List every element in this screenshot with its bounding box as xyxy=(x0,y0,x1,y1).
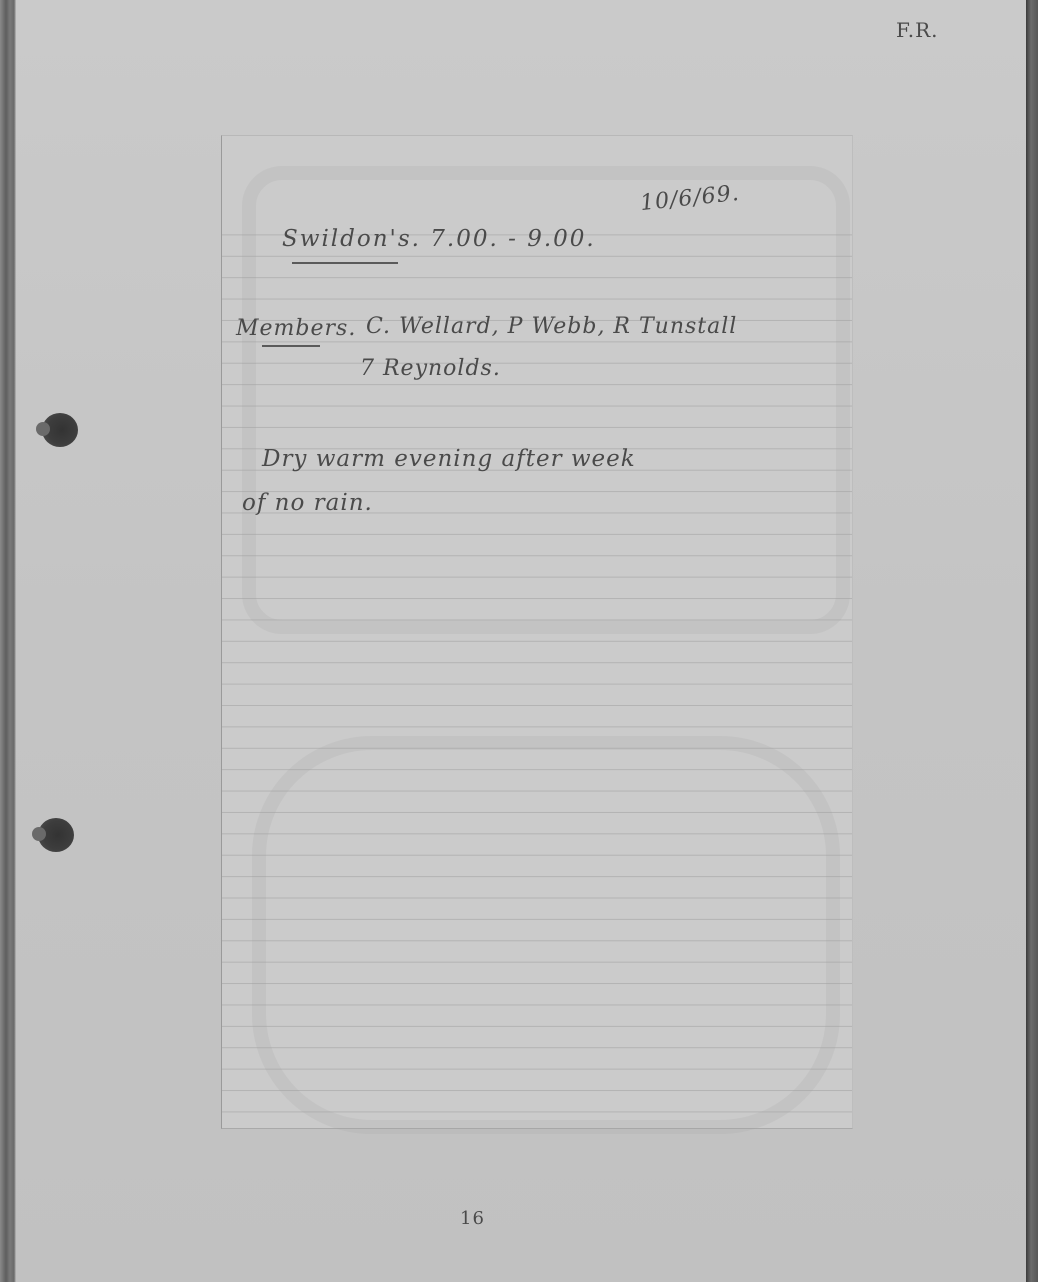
faint-sketch-lower xyxy=(252,736,840,1134)
punch-hole-upper xyxy=(42,413,78,447)
members-list-line1: C. Wellard, P Webb, R Tunstall xyxy=(366,314,737,339)
corner-initials: F.R. xyxy=(896,18,939,42)
members-label: Members. xyxy=(236,316,356,341)
page-edge-shadow xyxy=(1026,0,1038,1282)
members-list-line2: 7 Reynolds. xyxy=(360,356,501,381)
punch-hole-lower xyxy=(38,818,74,852)
page-number: 16 xyxy=(460,1208,485,1229)
members-underline xyxy=(262,345,320,347)
weather-note-line1: Dry warm evening after week xyxy=(262,446,636,472)
heading-underline xyxy=(292,262,398,264)
lined-note-sheet xyxy=(221,135,853,1129)
entry-heading: Swildon's. 7.00. - 9.00. xyxy=(282,226,596,252)
weather-note-line2: of no rain. xyxy=(242,490,373,516)
